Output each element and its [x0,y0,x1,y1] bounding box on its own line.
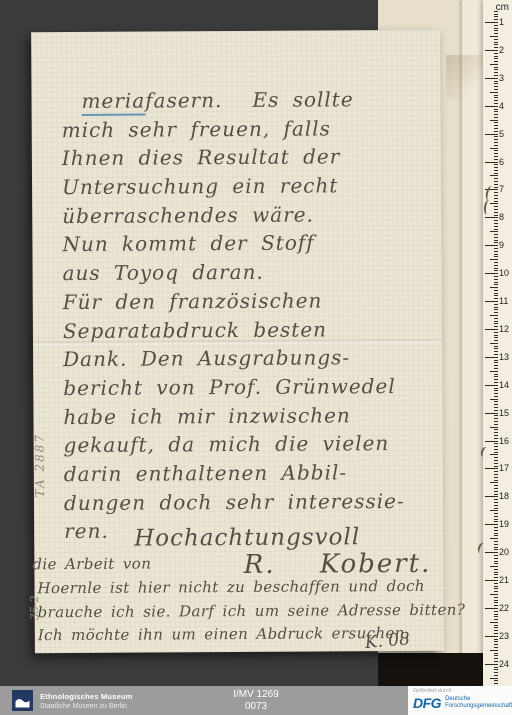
ruler-tick [494,156,498,157]
ruler-tick [494,33,498,34]
ruler-tick [494,206,498,207]
document-id: I/MV 1269 [233,689,279,701]
dfg-name: Deutsche Forschungsgemeinschaft [445,696,512,710]
ruler-tick [494,201,498,202]
ruler-tick [494,460,498,461]
ruler-tick [494,680,498,681]
ruler-tick [494,298,498,299]
ruler-tick [494,86,498,87]
ruler-tick [494,282,498,283]
ruler-tick [494,530,498,531]
ruler-tick [494,184,498,185]
ruler-tick [494,521,498,522]
ruler-tick [494,360,498,361]
ruler-tick [494,443,498,444]
ruler-tick [494,491,498,492]
ruler-tick [494,44,498,45]
ruler-tick [494,16,498,17]
ruler-tick [494,572,498,573]
ruler-tick [494,390,498,391]
ruler-tick [494,295,498,296]
ruler-tick [494,457,498,458]
ruler-tick [494,128,498,129]
postscript-initials: K. 08 [364,629,411,653]
handwriting-line: aus Toyoq daran. [63,259,440,290]
ruler-tick [490,482,498,483]
ruler-tick [494,432,498,433]
ruler-tick [494,569,498,570]
postscript-line: brauche ich sie. Darf ich um seine Adres… [38,598,466,624]
ruler-tick [490,287,498,288]
ruler-tick [494,97,498,98]
dfg-abbreviation: DFG [413,695,441,711]
ruler-number: 4 [499,101,511,111]
ruler-tick [494,519,498,520]
ruler-tick [490,538,498,539]
museum-logo-icon [12,690,33,711]
ruler-tick [485,468,498,469]
ruler-tick [485,357,498,358]
ruler-tick [494,600,498,601]
ruler-tick [494,438,498,439]
funding-label: Gefördert durch [413,688,507,694]
phrase: Es sollte [252,87,353,112]
ruler-tick [494,614,498,615]
ruler-tick [494,30,498,31]
ruler-tick [494,326,498,327]
ruler-number: 8 [499,212,511,222]
ruler-tick [494,348,498,349]
ruler-tick [494,616,498,617]
ruler-tick [494,131,498,132]
letter-body: meriafasern.Es sollte mich sehr freuen, … [61,87,441,548]
ruler-tick [494,39,498,40]
ruler-tick [494,633,498,634]
ruler-tick [494,111,498,112]
archival-number-note: TA 2887 [32,410,47,520]
ruler-tick [494,332,498,333]
ruler-number: 23 [499,631,511,641]
ruler-tick [485,580,498,581]
ruler-tick [494,290,498,291]
ruler-tick [490,399,498,400]
funder-block: Gefördert durch DFG Deutsche Forschungsg… [408,686,512,715]
ruler-tick [494,449,498,450]
word: fasern. [145,88,222,112]
ruler-number: 17 [499,463,511,473]
ruler-tick [494,351,498,352]
ruler-tick [494,488,498,489]
ruler-number: 1 [499,17,511,27]
ruler-tick [494,508,498,509]
ruler-tick [494,89,498,90]
ruler-tick [494,178,498,179]
handwriting-line: bericht von Prof. Grünwedel [63,374,440,405]
letter-page: meriafasern.Es sollte mich sehr freuen, … [31,30,444,653]
ruler-tick [494,588,498,589]
ruler-tick [485,22,498,23]
ruler-tick [494,388,498,389]
scan-photo: cm 1234567891011121314151617181920212223… [0,0,512,686]
ruler-tick [494,667,498,668]
postscript-line: Hoernle ist hier nicht zu beschaffen und… [37,575,465,601]
letter-closing: Hochachtungsvoll [134,524,360,551]
ruler-number: 6 [499,157,511,167]
handwriting-line: Ihnen dies Resultat der [62,144,439,175]
ruler-tick [490,259,498,260]
ruler-number: 7 [499,184,511,194]
handwriting-line: Separatabdruck besten [63,316,440,347]
ruler-tick [494,547,498,548]
ruler-tick [494,117,498,118]
document-id-block: I/MV 1269 0073 [233,689,279,713]
ruler-tick [494,619,498,620]
ruler-tick [494,323,498,324]
margin-pencil-note: 35-2 [28,583,41,633]
underlined-word: meria [81,89,145,116]
ruler-tick [490,175,498,176]
ruler-tick [494,181,498,182]
ruler-tick [485,301,498,302]
ruler-tick [494,307,498,308]
ruler-tick [494,139,498,140]
ruler-number: 14 [499,380,511,390]
ruler-tick [494,683,498,684]
museum-subtitle: Staatliche Museen zu Berlin [40,703,133,710]
ruler-tick [494,293,498,294]
ruler-number: 2 [499,45,511,55]
ruler-tick [494,159,498,160]
ruler-number: 11 [499,296,511,306]
handwriting-line: gekauft, da mich die vielen [64,431,441,462]
ruler-tick [485,245,498,246]
ruler-tick [494,270,498,271]
ruler-tick [494,153,498,154]
ruler-tick [490,148,498,149]
ruler-tick [494,164,498,165]
ruler-tick [494,516,498,517]
handwriting-line: Nun kommt der Stoff [62,230,439,261]
ruler-tick [494,251,498,252]
ruler-tick [494,597,498,598]
ruler-tick [494,47,498,48]
ruler-tick [494,75,498,76]
ruler-tick [494,83,498,84]
handwriting-line: überraschendes wäre. [62,202,439,233]
ruler-tick [494,254,498,255]
ruler-tick [494,109,498,110]
ruler-tick [485,385,498,386]
ruler-number: 24 [499,659,511,669]
ruler-tick [494,627,498,628]
ruler-tick [494,611,498,612]
ruler-tick [494,256,498,257]
ruler-tick [490,678,498,679]
ruler-tick [494,19,498,20]
ruler-number: 13 [499,352,511,362]
ruler-tick [494,262,498,263]
ruler-tick [494,346,498,347]
ruler-tick [494,605,498,606]
ruler-tick [494,672,498,673]
page-number: 0073 [233,701,279,713]
ruler-tick [494,284,498,285]
ruler-tick [490,622,498,623]
ruler-tick [494,173,498,174]
ruler-tick [494,242,498,243]
ruler-tick [494,234,498,235]
ruler-tick [494,452,498,453]
dfg-name-line2: Forschungsgemeinschaft [445,703,512,709]
ruler-number: 18 [499,491,511,501]
handwriting-line: meriafasern.Es sollte [61,87,438,118]
ruler-tick [494,644,498,645]
ruler-tick [494,393,498,394]
handwriting-line: Dank. Den Ausgrabungs- [63,345,440,376]
ruler-tick [494,376,498,377]
ruler-tick [494,279,498,280]
ruler-tick [494,215,498,216]
handwriting-line: darin enthaltenen Abbil- [64,460,441,491]
ruler-tick [494,558,498,559]
museum-name-block: Ethnologisches Museum Staatliche Museen … [40,692,133,710]
ruler-tick [485,217,498,218]
museum-name: Ethnologisches Museum [40,692,133,701]
ruler-tick [494,577,498,578]
ruler-tick [494,14,498,15]
ruler-tick [494,56,498,57]
ruler-tick [485,664,498,665]
ruler-tick [494,499,498,500]
ruler-tick [494,471,498,472]
ruler-tick [494,95,498,96]
ruler-tick [494,229,498,230]
ruler-tick [494,81,498,82]
ruler-tick [485,413,498,414]
ruler-tick [494,563,498,564]
ruler-tick [494,639,498,640]
ruler-tick [494,382,498,383]
ruler-tick [494,591,498,592]
ruler-tick [494,421,498,422]
ruler-tick [490,427,498,428]
ruler-tick [494,374,498,375]
ruler-number: 10 [499,268,511,278]
ruler-tick [494,265,498,266]
ruler-tick [494,42,498,43]
ruler-tick [494,136,498,137]
ruler-tick [490,231,498,232]
ruler-tick [485,273,498,274]
ruler-tick [494,167,498,168]
ruler-tick [490,371,498,372]
ruler-tick [494,240,498,241]
ruler-tick [490,566,498,567]
ruler-tick [494,67,498,68]
ruler-tick [494,544,498,545]
ruler-tick [494,463,498,464]
ruler-tick [494,354,498,355]
ruler-tick [485,50,498,51]
ruler-tick [494,647,498,648]
dfg-logo: DFG Deutsche Forschungsgemeinschaft [413,695,507,711]
ruler-tick [494,170,498,171]
ruler-tick [494,466,498,467]
ruler-tick [494,535,498,536]
ruler-tick [490,92,498,93]
ruler-number: 15 [499,408,511,418]
digitization-footer: Ethnologisches Museum Staatliche Museen … [0,686,512,715]
ruler-tick [494,321,498,322]
ruler-tick [494,223,498,224]
ruler-number: 3 [499,73,511,83]
ruler-tick [490,343,498,344]
ruler-tick [494,401,498,402]
ruler-number: 19 [499,519,511,529]
ruler-tick [494,237,498,238]
ruler-tick [494,125,498,126]
ruler-number: 22 [499,603,511,613]
ruler-tick [494,675,498,676]
ruler-tick [494,304,498,305]
ruler-number: 12 [499,324,511,334]
ruler-number: 21 [499,575,511,585]
ruler-tick [494,212,498,213]
ruler-tick [494,669,498,670]
ruler-tick [494,312,498,313]
ruler-tick [494,25,498,26]
ruler-tick [494,418,498,419]
ruler-tick [485,608,498,609]
ruler-tick [494,114,498,115]
handwriting-line: habe ich mir inzwischen [63,402,440,433]
ruler-tick [494,583,498,584]
dfg-name-line1: Deutsche [445,696,470,702]
ruler-tick [494,641,498,642]
measuring-ruler: cm 1234567891011121314151617181920212223… [483,0,512,686]
ruler-tick [490,510,498,511]
handwriting-line: Untersuchung ein recht [62,173,439,204]
ruler-tick [494,625,498,626]
paper-stack-edge [462,0,484,686]
ruler-tick [494,505,498,506]
ruler-tick [494,407,498,408]
ruler-tick [494,58,498,59]
ruler-tick [494,340,498,341]
ruler-tick [494,368,498,369]
ruler-tick [490,454,498,455]
ruler-tick [494,494,498,495]
ruler-tick [494,549,498,550]
ruler-tick [485,552,498,553]
ruler-tick [494,424,498,425]
ruler-tick [494,276,498,277]
ruler-tick [494,150,498,151]
ruler-tick [494,415,498,416]
ruler-tick [494,477,498,478]
ruler-tick [490,594,498,595]
ruler-tick [485,162,498,163]
ruler-tick [494,100,498,101]
ruler-tick [494,541,498,542]
ruler-tick [494,220,498,221]
ruler-tick [494,661,498,662]
ruler-tick [494,586,498,587]
ruler-number: 20 [499,547,511,557]
handwriting-line: mich sehr freuen, falls [62,115,439,146]
ruler-tick [494,365,498,366]
ruler-tick [494,404,498,405]
ruler-tick [494,362,498,363]
ruler-number: 16 [499,436,511,446]
ruler-tick [494,474,498,475]
ruler-tick [485,329,498,330]
ruler-tick [494,513,498,514]
ruler-tick [494,122,498,123]
ruler-tick [494,309,498,310]
ruler-tick [494,555,498,556]
ruler-tick [494,72,498,73]
ruler-tick [485,441,498,442]
ruler-tick [494,337,498,338]
ruler-tick [494,142,498,143]
ruler-tick [494,209,498,210]
ruler-tick [494,28,498,29]
handwriting-line: Für den französischen [63,288,440,319]
ruler-tick [494,410,498,411]
ruler-tick [494,527,498,528]
shadow-corner [378,653,490,686]
ruler-tick [485,524,498,525]
ruler-tick [494,248,498,249]
ruler-tick [494,226,498,227]
ruler-tick [494,335,498,336]
ruler-tick [494,630,498,631]
handwriting-line: dungen doch sehr interessie- [64,488,441,519]
ruler-tick [494,653,498,654]
ruler-tick [494,480,498,481]
ruler-tick [494,268,498,269]
ruler-tick [494,655,498,656]
museum-branding: Ethnologisches Museum Staatliche Museen … [12,690,133,711]
ruler-number: 9 [499,240,511,250]
ruler-tick [490,650,498,651]
ruler-tick [494,11,498,12]
ruler-tick [494,561,498,562]
ruler-tick [494,435,498,436]
ruler-tick [494,61,498,62]
ruler-tick [494,396,498,397]
ruler-tick [485,106,498,107]
ruler-tick [485,496,498,497]
ruler-tick [494,429,498,430]
ruler-tick [490,120,498,121]
ruler-tick [490,36,498,37]
ruler-tick [494,145,498,146]
postscript-intro: die Arbeit von [32,555,151,574]
ruler-tick [494,574,498,575]
ruler-tick [494,379,498,380]
ruler-tick [485,636,498,637]
ruler-tick [494,502,498,503]
ruler-tick [485,78,498,79]
ruler-tick [490,315,498,316]
ruler-tick [494,69,498,70]
ruler-tick [485,134,498,135]
ruler-tick [494,485,498,486]
ruler-tick [494,318,498,319]
ruler-tick [494,103,498,104]
